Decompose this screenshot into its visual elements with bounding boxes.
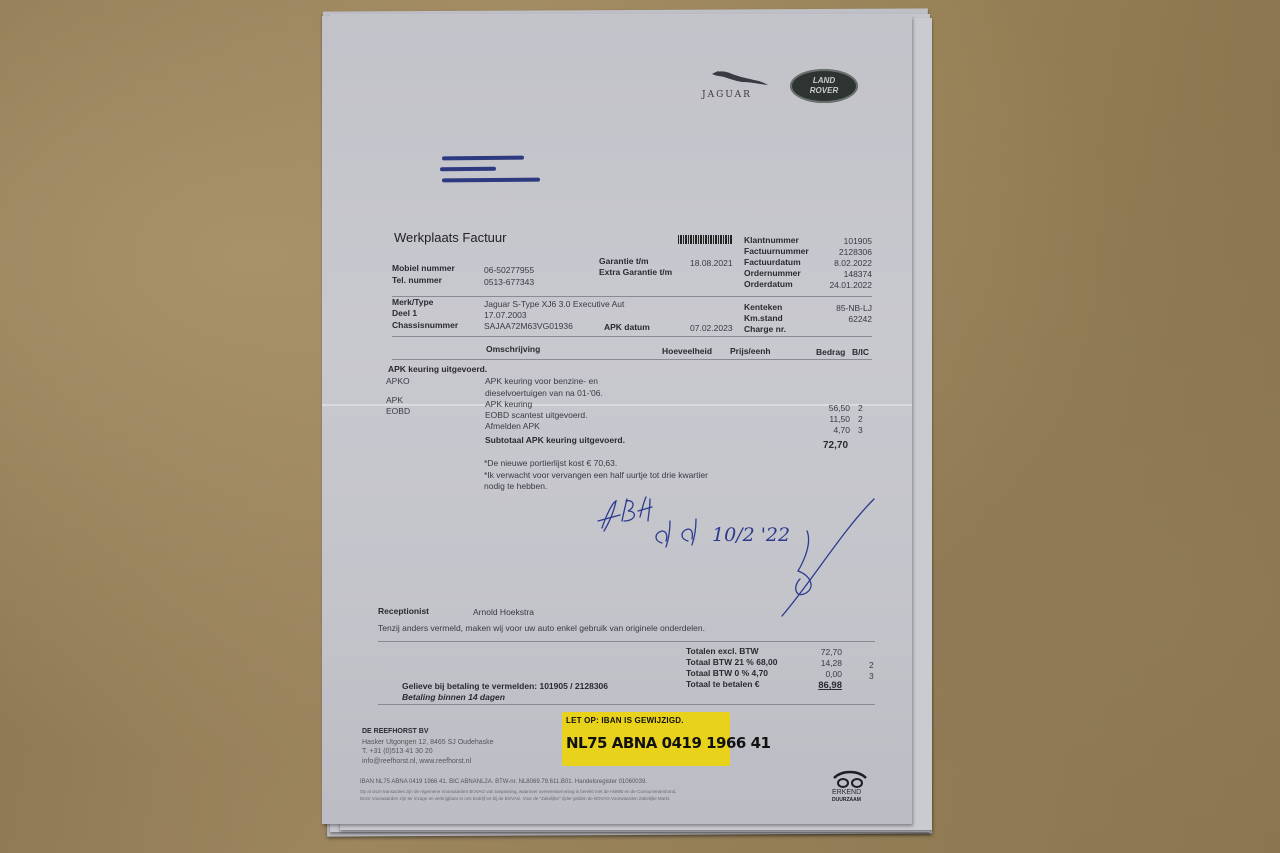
- subtotal-label: Subtotaal APK keuring uitgevoerd.: [485, 435, 625, 445]
- make-type-value: Jaguar S-Type XJ6 3.0 Executive Aut: [484, 299, 624, 309]
- iban-number: NL75 ABNA 0419 1966 41: [566, 734, 770, 752]
- apk-date-value: 07.02.2023: [690, 323, 733, 333]
- row-description: Afmelden APK: [485, 421, 540, 431]
- mobile-value: 06-50277955: [484, 265, 534, 275]
- phone-label: Tel. nummer: [392, 275, 442, 285]
- footer-terms-2: Deze Voorwaarden zijn ter inzage en verk…: [360, 796, 670, 801]
- total-label: Totaal BTW 0 % 4,70: [686, 668, 768, 678]
- company-name: DE REEFHORST BV: [362, 728, 429, 735]
- divider: [378, 704, 875, 705]
- section-title: APK keuring uitgevoerd.: [388, 364, 487, 374]
- vehicle-meta-label: Km.stand: [744, 313, 783, 323]
- vehicle-meta-label: Kenteken: [744, 302, 782, 312]
- total-value: 86,98: [792, 680, 842, 691]
- col-quantity: Hoeveelheid: [662, 346, 712, 356]
- meta-value: 8.02.2022: [812, 258, 872, 268]
- meta-value: 148374: [812, 269, 872, 279]
- jaguar-wordmark: JAGUAR: [702, 90, 752, 100]
- row-bic: 2: [858, 414, 863, 424]
- row-description: APK keuring: [485, 399, 532, 409]
- col-amount: Bedrag: [816, 347, 845, 357]
- invoice-page: JAGUAR LAND ROVER Werkplaats Factuur Mob…: [322, 16, 912, 824]
- subtotal-value: 72,70: [823, 440, 848, 451]
- row-amount: 56,50: [802, 403, 850, 413]
- apk-date-label: APK datum: [604, 322, 650, 332]
- meta-label: Orderdatum: [744, 279, 793, 289]
- note-3: nodig te hebben.: [484, 481, 547, 491]
- note-1: *De nieuwe portierlijst kost € 70,63.: [484, 458, 617, 468]
- total-label: Totaal BTW 21 % 68,00: [686, 657, 777, 667]
- receptionist-name: Arnold Hoekstra: [473, 607, 534, 617]
- svg-text:10/2 '22: 10/2 '22: [712, 524, 790, 546]
- total-value: 72,70: [792, 647, 842, 657]
- col-unit-price: Prijs/eenh: [730, 346, 771, 356]
- phone-value: 0513-677343: [484, 277, 534, 287]
- row-description: dieselvoertuigen van na 01-'06.: [485, 388, 603, 398]
- footer-bank-line: IBAN NL75 ABNA 0419 1966 41. BIC ABNANL2…: [360, 779, 647, 785]
- divider: [392, 336, 872, 337]
- row-description: APK keuring voor benzine- en: [485, 376, 598, 386]
- divider: [392, 296, 872, 297]
- payment-reference: Gelieve bij betaling te vermelden: 10190…: [402, 681, 608, 691]
- document-title: Werkplaats Factuur: [394, 230, 506, 245]
- col-bic: B/IC: [852, 347, 869, 357]
- chassis-label: Chassisnummer: [392, 320, 458, 330]
- make-type-label: Merk/Type: [392, 297, 433, 307]
- total-value: 14,28: [792, 658, 842, 668]
- handwritten-signature: 10/2 '22: [592, 491, 882, 626]
- jaguar-leaper-icon: [710, 68, 770, 88]
- warranty-value: 18.08.2021: [690, 258, 733, 268]
- col-description: Omschrijving: [486, 344, 540, 354]
- payment-term: Betaling binnen 14 dagen: [402, 692, 505, 702]
- meta-label: Factuurdatum: [744, 257, 801, 267]
- land-rover-logo: LAND ROVER: [790, 69, 858, 103]
- total-code: 3: [869, 671, 874, 681]
- row-description: EOBD scantest uitgevoerd.: [485, 410, 588, 420]
- total-code: 2: [869, 660, 874, 670]
- total-value: 0,00: [792, 669, 842, 679]
- total-label: Totaal te betalen €: [686, 679, 760, 689]
- divider: [392, 359, 872, 360]
- jaguar-logo: JAGUAR: [702, 68, 774, 104]
- redacted-name: [442, 156, 524, 161]
- note-2: *Ik verwacht voor vervangen een half uur…: [484, 470, 708, 480]
- erkend-eyes-icon: [830, 770, 870, 790]
- erkend-duurzaam-logo: ERKEND DUURZAAM: [830, 770, 870, 806]
- iban-notice: LET OP: IBAN IS GEWIJZIGD.: [566, 716, 684, 725]
- total-label: Totalen excl. BTW: [686, 646, 759, 656]
- company-phone: T. +31 (0)513 41 30 20: [362, 748, 433, 755]
- meta-value: 2128306: [812, 247, 872, 257]
- deel1-label: Deel 1: [392, 308, 417, 318]
- parts-disclaimer: Tenzij anders vermeld, maken wij voor uw…: [378, 623, 705, 633]
- row-amount: 11,50: [802, 414, 850, 424]
- deel1-value: 17.07.2003: [484, 310, 527, 320]
- receptionist-label: Receptionist: [378, 606, 429, 616]
- chassis-value: SAJAA72M63VG01936: [484, 321, 573, 331]
- row-amount: 4,70: [802, 425, 850, 435]
- redacted-street: [440, 167, 496, 171]
- footer-terms-1: Op al onze transacties zijn de Algemene …: [360, 789, 676, 794]
- divider: [378, 641, 875, 642]
- company-web: info@reefhorst.nl, www.reefhorst.nl: [362, 758, 471, 765]
- row-code: APK: [386, 395, 403, 405]
- row-bic: 2: [858, 403, 863, 413]
- company-address: Hasker Utgongen 12, 8465 SJ Oudehaske: [362, 739, 494, 746]
- meta-label: Klantnummer: [744, 235, 799, 245]
- row-code: APKO: [386, 376, 410, 386]
- vehicle-meta-label: Charge nr.: [744, 324, 786, 334]
- vehicle-meta-value: 85-NB-LJ: [812, 303, 872, 313]
- barcode: [678, 235, 732, 244]
- mobile-label: Mobiel nummer: [392, 263, 455, 273]
- vehicle-meta-value: 62242: [812, 314, 872, 324]
- meta-value: 101905: [812, 236, 872, 246]
- row-code: EOBD: [386, 406, 410, 416]
- warranty-label: Garantie t/m: [599, 256, 649, 266]
- row-bic: 3: [858, 425, 863, 435]
- meta-value: 24.01.2022: [812, 280, 872, 290]
- redacted-city: [442, 178, 540, 183]
- meta-label: Factuurnummer: [744, 246, 809, 256]
- meta-label: Ordernummer: [744, 268, 801, 278]
- iban-sticker: LET OP: IBAN IS GEWIJZIGD. NL75 ABNA 041…: [562, 712, 730, 766]
- extra-warranty-label: Extra Garantie t/m: [599, 267, 672, 277]
